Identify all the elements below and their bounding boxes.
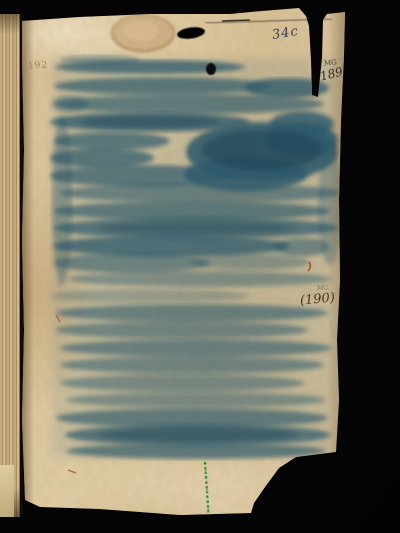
left-margin-number: 192 bbox=[28, 61, 49, 71]
book-page-edges bbox=[0, 14, 20, 517]
right-margin-number: (190) bbox=[300, 292, 336, 308]
folio-number: 34c bbox=[271, 25, 300, 42]
parchment-page bbox=[0, 0, 400, 533]
edge-vignette bbox=[0, 0, 400, 533]
manuscript-photo: 34c MG 189 192 MG. (190) bbox=[0, 0, 400, 533]
